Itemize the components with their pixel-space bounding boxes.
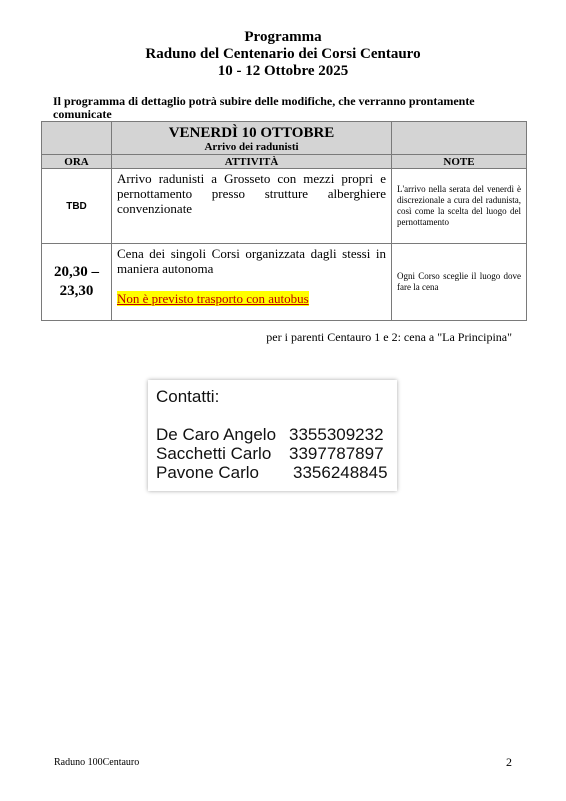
contact-name: De Caro Angelo: [156, 425, 289, 444]
column-header-row: ORA ATTIVITÀ NOTE: [42, 155, 527, 169]
footer-doc-name: Raduno 100Centauro: [54, 757, 139, 768]
table-row: 20,30 – 23,30 Cena dei singoli Corsi org…: [42, 244, 527, 321]
row-activity-text: Cena dei singoli Corsi organizzata dagli…: [117, 246, 386, 276]
day-header-empty-right: [392, 122, 527, 155]
notice-line-1: Il programma di dettaglio potrà subire d…: [53, 95, 533, 120]
contact-row: Sacchetti Carlo 3397787897: [156, 444, 397, 463]
row-activity: Arrivo radunisti a Grosseto con mezzi pr…: [112, 169, 392, 244]
day-title: VENERDÌ 10 OTTOBRE: [112, 125, 391, 141]
table-row: TBD Arrivo radunisti a Grosseto con mezz…: [42, 169, 527, 244]
no-bus-warning: Non è previsto trasporto con autobus: [117, 291, 309, 306]
contacts-box: Contatti: De Caro Angelo 3355309232 Sacc…: [148, 380, 397, 491]
column-header-ora: ORA: [42, 155, 112, 169]
contact-phone: 3397787897: [289, 444, 384, 463]
page-number: 2: [506, 755, 512, 770]
contact-phone: 3355309232: [289, 425, 384, 444]
contacts-heading: Contatti:: [156, 387, 397, 406]
row-time-end: 23,30: [42, 282, 111, 301]
day-header-row: VENERDÌ 10 OTTOBRE Arrivo dei radunisti: [42, 122, 527, 155]
contact-phone: 3356248845: [289, 463, 388, 482]
program-table: VENERDÌ 10 OTTOBRE Arrivo dei radunisti …: [41, 121, 527, 321]
contact-name: Sacchetti Carlo: [156, 444, 289, 463]
title-line-1: Programma: [0, 29, 566, 46]
relatives-dinner-note: per i parenti Centauro 1 e 2: cena a "La…: [0, 330, 512, 345]
column-header-note: NOTE: [392, 155, 527, 169]
title-line-2: Raduno del Centenario dei Corsi Centauro: [0, 46, 566, 63]
row-time: TBD: [42, 169, 112, 244]
document-title: Programma Raduno del Centenario dei Cors…: [0, 29, 566, 80]
contact-row: De Caro Angelo 3355309232: [156, 425, 397, 444]
day-subtitle: Arrivo dei radunisti: [112, 141, 391, 154]
row-note: L'arrivo nella serata del venerdì è disc…: [392, 169, 527, 244]
day-header-empty-left: [42, 122, 112, 155]
row-time: 20,30 – 23,30: [42, 244, 112, 321]
column-header-attivita: ATTIVITÀ: [112, 155, 392, 169]
contact-row: Pavone Carlo 3356248845: [156, 463, 397, 482]
row-time-start: 20,30 –: [42, 263, 111, 282]
title-line-3: 10 - 12 Ottobre 2025: [0, 63, 566, 80]
contact-name: Pavone Carlo: [156, 463, 289, 482]
row-note: Ogni Corso sceglie il luogo dove fare la…: [392, 244, 527, 321]
day-header: VENERDÌ 10 OTTOBRE Arrivo dei radunisti: [112, 122, 392, 155]
row-activity: Cena dei singoli Corsi organizzata dagli…: [112, 244, 392, 321]
